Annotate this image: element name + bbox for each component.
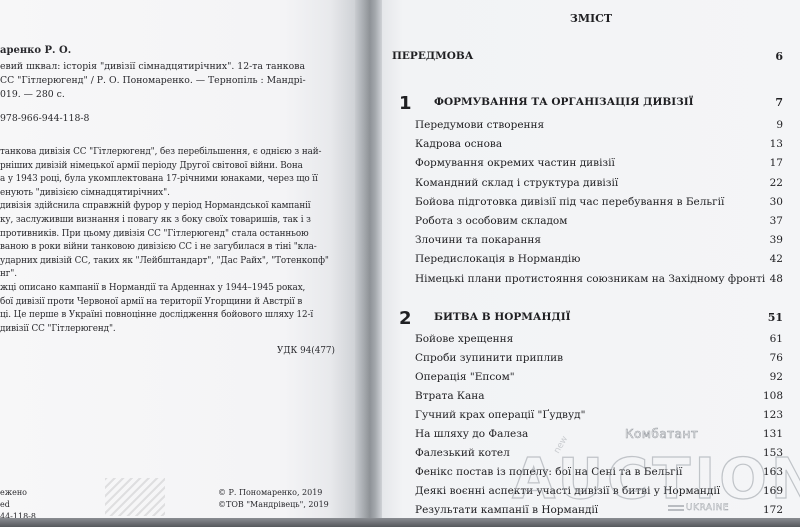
toc-section: Німецькі плани протистояння союзникам на… bbox=[382, 273, 800, 291]
section-page: 163 bbox=[763, 466, 783, 478]
section-title: Німецькі плани протистояння союзникам на… bbox=[415, 273, 765, 285]
chapter-page: 7 bbox=[775, 96, 783, 109]
toc-section: Фалезький котел153 bbox=[382, 447, 800, 465]
udk-code: УДК 94(477) bbox=[277, 346, 335, 356]
abstract-line: дивізія здійснила справжній фурор у пері… bbox=[0, 200, 352, 214]
toc-section: Передислокація в Нормандію42 bbox=[382, 253, 800, 271]
section-title: Деякі воєнні аспекти участі дивізії в би… bbox=[415, 485, 720, 497]
section-page: 39 bbox=[770, 234, 783, 246]
toc-section: Бойове хрещення61 bbox=[382, 333, 800, 351]
toc-section: Операція "Епсом"92 bbox=[382, 371, 800, 389]
abstract-line: ку, заслуживши визнання і повагу як з бо… bbox=[0, 214, 352, 228]
toc-section: Кадрова основа13 bbox=[382, 138, 800, 156]
toc-section: Гучний крах операції "Ґудвуд"123 bbox=[382, 409, 800, 427]
bib-line: евий шквал: історія "дивізії сімнадцятир… bbox=[0, 60, 306, 74]
left-page-imprint: аренко Р. О. евий шквал: історія "дивізі… bbox=[0, 0, 355, 520]
toc-title: ЗМІСТ bbox=[382, 12, 800, 25]
section-page: 123 bbox=[763, 409, 783, 421]
section-page: 76 bbox=[770, 352, 783, 364]
toc-section: На шляху до Фалеза131 bbox=[382, 428, 800, 446]
rights-line: ежено bbox=[0, 487, 36, 499]
chapter-number: 2 bbox=[399, 308, 412, 329]
section-page: 42 bbox=[770, 253, 783, 265]
section-title: Спроби зупинити приплив bbox=[415, 352, 563, 364]
abstract-line: енують "дивізією сімнадцятирічних". bbox=[0, 187, 352, 201]
book-abstract: танкова дивізія СС "Гітлерюгенд", без пе… bbox=[0, 146, 352, 336]
author-name: аренко Р. О. bbox=[0, 45, 71, 56]
rights-line: ed bbox=[0, 499, 36, 511]
section-title: Операція "Епсом" bbox=[415, 371, 515, 383]
abstract-line: дивізії СС "Гітлерюгенд". bbox=[0, 323, 352, 337]
section-page: 9 bbox=[776, 119, 783, 131]
abstract-line: а у 1943 році, була укомплектована 17-рі… bbox=[0, 173, 352, 187]
section-title: Передумови створення bbox=[415, 119, 544, 131]
abstract-line: ваною в роки війни танковою дивізією СС … bbox=[0, 241, 352, 255]
section-page: 13 bbox=[770, 138, 783, 150]
section-title: Результати кампанії в Нормандії bbox=[415, 504, 598, 516]
chapter-title: ФОРМУВАННЯ ТА ОРГАНІЗАЦІЯ ДИВІЗІЇ bbox=[434, 96, 694, 108]
abstract-line: ці. Це перше в Україні повноцінне дослід… bbox=[0, 309, 352, 323]
copyright-line: ©ТОВ "Мандрівець", 2019 bbox=[218, 499, 329, 511]
toc-section: Спроби зупинити приплив76 bbox=[382, 352, 800, 370]
isbn: 978-966-944-118-8 bbox=[0, 113, 89, 124]
toc-section: Формування окремих частин дивізії17 bbox=[382, 157, 800, 175]
toc-section: Командний склад і структура дивізії22 bbox=[382, 177, 800, 195]
section-title: Формування окремих частин дивізії bbox=[415, 157, 615, 169]
toc-section: Злочини та покарання39 bbox=[382, 234, 800, 252]
section-title: Бойова підготовка дивізії під час перебу… bbox=[415, 196, 724, 208]
abstract-line: рніших дивізій німецької армії періоду Д… bbox=[0, 160, 352, 174]
abstract-line: нг". bbox=[0, 268, 352, 282]
toc-preface: ПЕРЕДМОВА6 bbox=[382, 50, 800, 68]
section-page: 108 bbox=[763, 390, 783, 402]
section-title: Фалезький котел bbox=[415, 447, 510, 459]
section-title: Гучний крах операції "Ґудвуд" bbox=[415, 409, 585, 421]
section-page: 153 bbox=[763, 447, 783, 459]
section-page: 37 bbox=[770, 215, 783, 227]
section-page: 22 bbox=[770, 177, 783, 189]
watermark-flag-icon bbox=[668, 505, 684, 513]
table-of-contents: ЗМІСТ ПЕРЕДМОВА61ФОРМУВАННЯ ТА ОРГАНІЗАЦ… bbox=[382, 0, 800, 520]
section-title: Робота з особовим складом bbox=[415, 215, 567, 227]
toc-chapter: 1ФОРМУВАННЯ ТА ОРГАНІЗАЦІЯ ДИВІЗІЇ7 bbox=[382, 93, 800, 111]
section-title: Фенікс постав із попелу: бої на Сені та … bbox=[415, 466, 682, 478]
toc-section: Робота з особовим складом37 bbox=[382, 215, 800, 233]
section-title: Злочини та покарання bbox=[415, 234, 541, 246]
copyright-line: © Р. Пономаренко, 2019 bbox=[218, 487, 329, 499]
section-title: Командний склад і структура дивізії bbox=[415, 177, 618, 189]
chapter-title: БИТВА В НОРМАНДІЇ bbox=[434, 311, 571, 323]
bibliographic-description: евий шквал: історія "дивізії сімнадцятир… bbox=[0, 60, 306, 102]
toc-section: Передумови створення9 bbox=[382, 119, 800, 137]
page-bottom-edge bbox=[0, 518, 800, 527]
section-title: Втрата Кана bbox=[415, 390, 485, 402]
toc-preface-page: 6 bbox=[775, 50, 783, 63]
book-gutter bbox=[355, 0, 382, 520]
section-page: 30 bbox=[770, 196, 783, 208]
right-page-contents: ЗМІСТ ПЕРЕДМОВА61ФОРМУВАННЯ ТА ОРГАНІЗАЦ… bbox=[382, 0, 800, 520]
section-title: Передислокація в Нормандію bbox=[415, 253, 580, 265]
section-title: Бойове хрещення bbox=[415, 333, 513, 345]
bib-line: 019. — 280 с. bbox=[0, 88, 306, 102]
section-page: 48 bbox=[770, 273, 783, 285]
section-title: На шляху до Фалеза bbox=[415, 428, 528, 440]
toc-section: Втрата Кана108 bbox=[382, 390, 800, 408]
bib-line: СС "Гітлерюгенд" / Р. О. Пономаренко. — … bbox=[0, 74, 306, 88]
section-page: 61 bbox=[770, 333, 783, 345]
toc-section: Бойова підготовка дивізії під час перебу… bbox=[382, 196, 800, 214]
book-spread: аренко Р. О. евий шквал: історія "дивізі… bbox=[0, 0, 800, 520]
toc-section: Фенікс постав із попелу: бої на Сені та … bbox=[382, 466, 800, 484]
section-page: 17 bbox=[770, 157, 783, 169]
chapter-number: 1 bbox=[399, 93, 412, 114]
abstract-line: бої дивізії проти Червоної армії на тери… bbox=[0, 296, 352, 310]
section-page: 169 bbox=[763, 485, 783, 497]
section-page: 131 bbox=[763, 428, 783, 440]
chapter-page: 51 bbox=[768, 311, 783, 324]
abstract-line: жці описано кампанії в Нормандії та Арде… bbox=[0, 282, 352, 296]
section-page: 92 bbox=[770, 371, 783, 383]
section-title: Кадрова основа bbox=[415, 138, 502, 150]
toc-chapter: 2БИТВА В НОРМАНДІЇ51 bbox=[382, 308, 800, 326]
abstract-line: противників. При цьому дивізія СС "Гітле… bbox=[0, 228, 352, 242]
abstract-line: танкова дивізія СС "Гітлерюгенд", без пе… bbox=[0, 146, 352, 160]
copyright-notice: © Р. Пономаренко, 2019 ©ТОВ "Мандрівець"… bbox=[218, 487, 329, 511]
toc-preface-label: ПЕРЕДМОВА bbox=[392, 50, 473, 62]
publisher-logo-faint bbox=[105, 478, 165, 516]
toc-section: Деякі воєнні аспекти участі дивізії в би… bbox=[382, 485, 800, 503]
rights-notice: ежено ed 44-118-8 bbox=[0, 487, 36, 520]
abstract-line: ударних дивізій СС, таких як "Лейбштанда… bbox=[0, 255, 352, 269]
section-page: 172 bbox=[763, 504, 783, 516]
